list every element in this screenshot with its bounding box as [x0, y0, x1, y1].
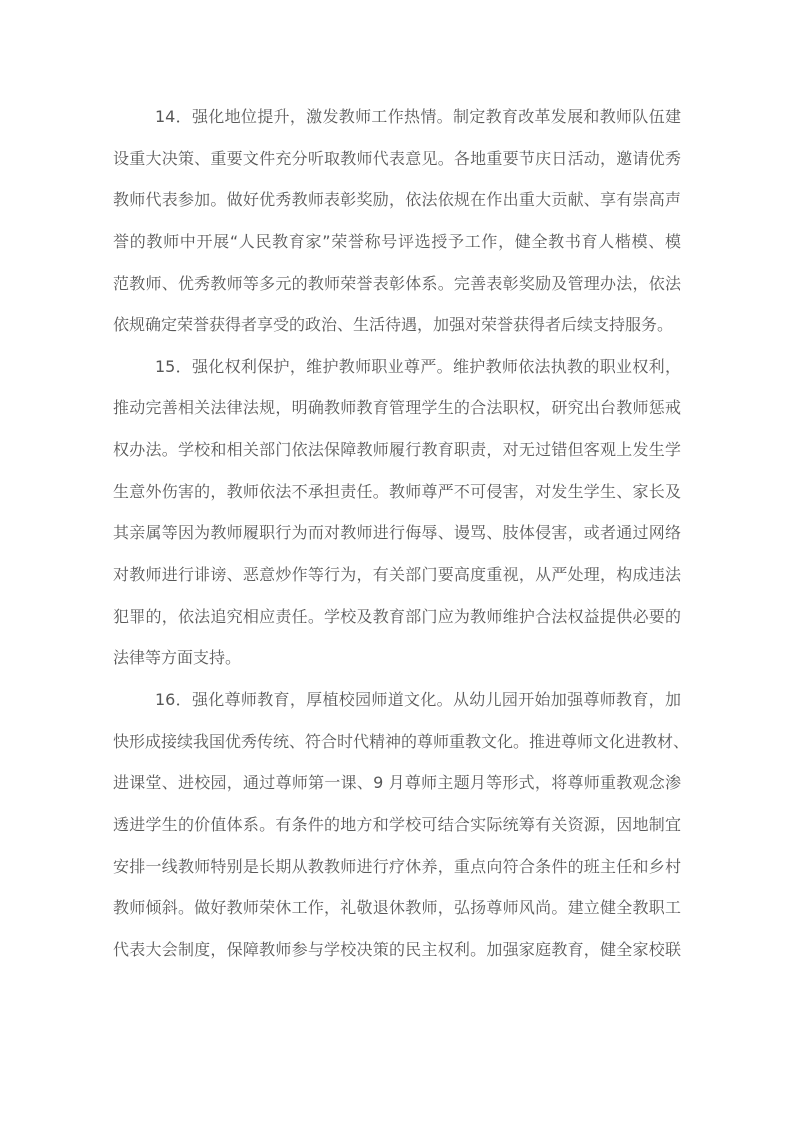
- paragraph-16: 16．强化尊师教育，厚植校园师道文化。从幼儿园开始加强尊师教育，加快形成接续我国…: [113, 679, 681, 970]
- text-line: 设重大决策、重要文件充分听取教师代表意见。各地重要节庆日活动，邀请优秀: [113, 138, 681, 180]
- document-page: 14．强化地位提升，激发教师工作热情。制定教育改革发展和教师队伍建设重大决策、重…: [0, 0, 793, 1122]
- paragraph-14: 14．强化地位提升，激发教师工作热情。制定教育改革发展和教师队伍建设重大决策、重…: [113, 96, 681, 346]
- text-line: 生意外伤害的，教师依法不承担责任。教师尊严不可侵害，对发生学生、家长及: [113, 471, 681, 513]
- text-line: 14．强化地位提升，激发教师工作热情。制定教育改革发展和教师队伍建: [113, 96, 681, 138]
- text-line: 快形成接续我国优秀传统、符合时代精神的尊师重教文化。推进尊师文化进教材、: [113, 721, 681, 763]
- text-line: 推动完善相关法律法规，明确教师教育管理学生的合法职权，研究出台教师惩戒: [113, 387, 681, 429]
- text-line: 进课堂、进校园，通过尊师第一课、9 月尊师主题月等形式，将尊师重教观念渗: [113, 762, 681, 804]
- text-line: 权办法。学校和相关部门依法保障教师履行教育职责，对无过错但客观上发生学: [113, 429, 681, 471]
- text-line: 誉的教师中开展“人民教育家”荣誉称号评选授予工作，健全教书育人楷模、模: [113, 221, 681, 263]
- text-line: 代表大会制度，保障教师参与学校决策的民主权利。加强家庭教育，健全家校联: [113, 929, 681, 971]
- text-line: 15．强化权利保护，维护教师职业尊严。维护教师依法执教的职业权利，: [113, 346, 681, 388]
- paragraph-15: 15．强化权利保护，维护教师职业尊严。维护教师依法执教的职业权利，推动完善相关法…: [113, 346, 681, 679]
- text-line: 范教师、优秀教师等多元的教师荣誉表彰体系。完善表彰奖励及管理办法，依法: [113, 263, 681, 305]
- text-line: 教师代表参加。做好优秀教师表彰奖励，依法依规在作出重大贡献、享有崇高声: [113, 179, 681, 221]
- text-line: 教师倾斜。做好教师荣休工作，礼敬退休教师，弘扬尊师风尚。建立健全教职工: [113, 887, 681, 929]
- text-line: 安排一线教师特别是长期从教教师进行疗休养，重点向符合条件的班主任和乡村: [113, 846, 681, 888]
- document-text-block: 14．强化地位提升，激发教师工作热情。制定教育改革发展和教师队伍建设重大决策、重…: [113, 96, 681, 970]
- text-line: 法律等方面支持。: [113, 637, 681, 679]
- text-line: 透进学生的价值体系。有条件的地方和学校可结合实际统筹有关资源，因地制宜: [113, 804, 681, 846]
- text-line: 对教师进行诽谤、恶意炒作等行为，有关部门要高度重视，从严处理，构成违法: [113, 554, 681, 596]
- text-line: 依规确定荣誉获得者享受的政治、生活待遇，加强对荣誉获得者后续支持服务。: [113, 304, 681, 346]
- text-line: 16．强化尊师教育，厚植校园师道文化。从幼儿园开始加强尊师教育，加: [113, 679, 681, 721]
- text-line: 其亲属等因为教师履职行为而对教师进行侮辱、谩骂、肢体侵害，或者通过网络: [113, 512, 681, 554]
- text-line: 犯罪的，依法追究相应责任。学校及教育部门应为教师维护合法权益提供必要的: [113, 596, 681, 638]
